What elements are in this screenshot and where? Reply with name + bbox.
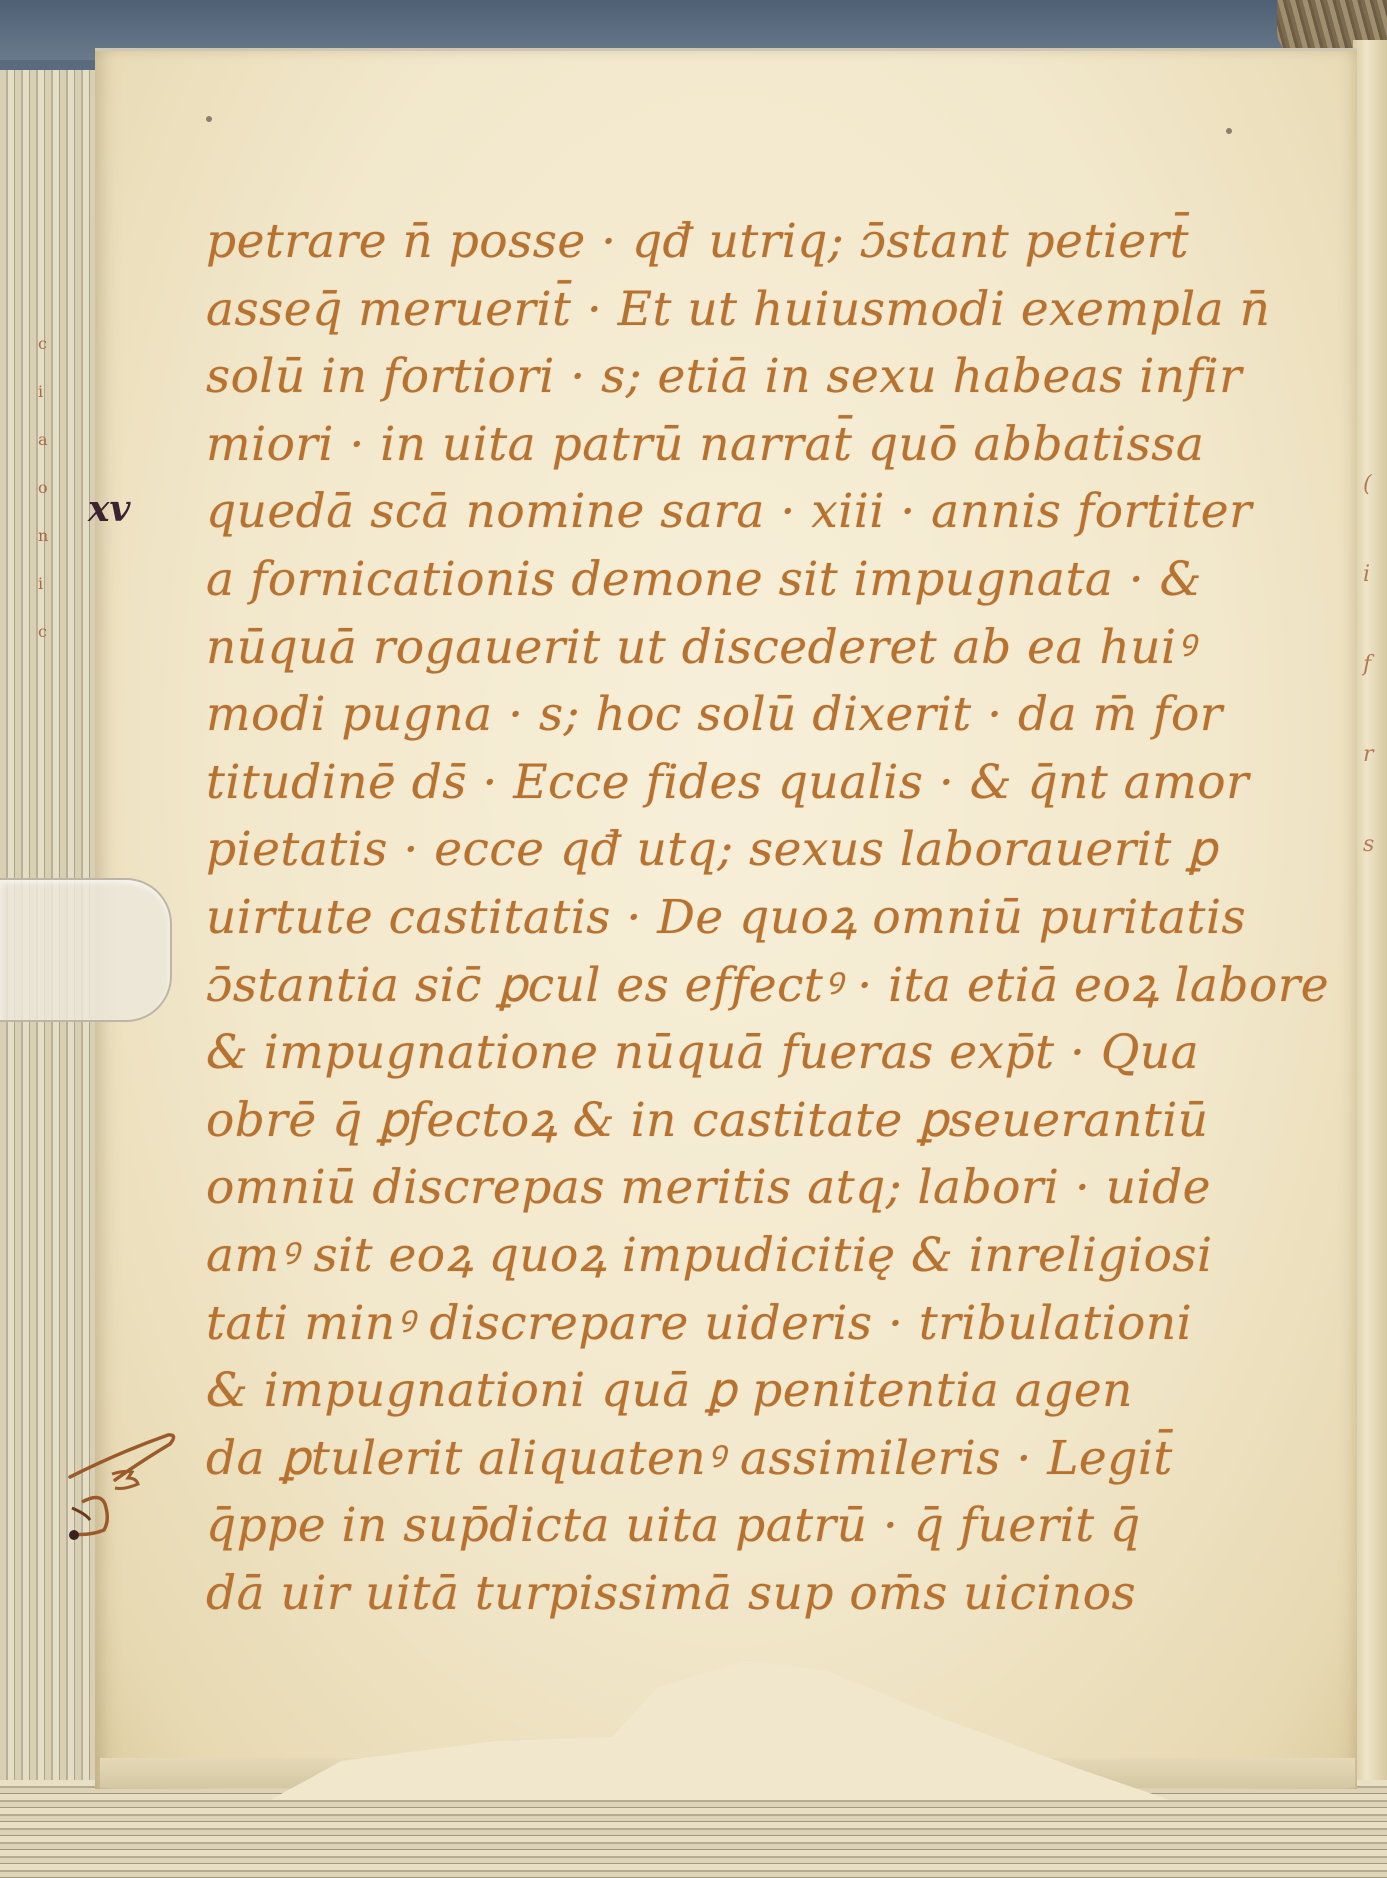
text-line: petrare n̄ posse · qđ utriq; ɔ̄stant pet… (206, 208, 1246, 276)
prick-mark (1226, 128, 1232, 134)
text-line: q̄ppe in sup̄dicta uita patrū · q̄ fueri… (206, 1492, 1246, 1560)
text-line: tati minꝰ discrepare uideris · tribulati… (206, 1290, 1246, 1358)
transparent-bookmark-tab (0, 878, 172, 1022)
rubric-letter: c (38, 608, 52, 656)
left-stack-rubrics: c i a o n i c (38, 320, 52, 656)
text-line: pietatis · ecce qđ utq; sexus laboraueri… (206, 816, 1246, 884)
text-line: & impugnatione nūquā fueras exp̄t · Qua (206, 1019, 1246, 1087)
rubric-letter: c (38, 320, 52, 368)
manuscript-text-block: petrare n̄ posse · qđ utriq; ɔ̄stant pet… (206, 208, 1246, 1627)
text-line: miori · in uita patrū narrat̄ quō abbati… (206, 411, 1246, 479)
text-line: quedā scā nomine sara · xiii · annis for… (206, 478, 1246, 546)
text-line: titudinē ds̄ · Ecce fides qualis · & q̄n… (206, 749, 1246, 817)
text-line: solū in fortiori · s; etiā in sexu habea… (206, 343, 1246, 411)
rubric-letter: o (38, 464, 52, 512)
text-line: dā uir uitā turpissimā sup om̄s uicinos (206, 1560, 1246, 1628)
right-stack-rubrics: ( i f r s (1363, 440, 1383, 890)
right-page-stack (1353, 40, 1387, 1878)
text-line: asseq̄ meruerit̄ · Et ut huiusmodi exemp… (206, 276, 1246, 344)
prick-mark (206, 116, 212, 122)
text-line: nūquā rogauerit ut discederet ab ea huiꝰ (206, 614, 1246, 682)
rubric-letter: ( (1363, 440, 1383, 530)
rubric-letter: i (38, 368, 52, 416)
margin-annotation: xv (88, 488, 130, 530)
rubric-letter: s (1363, 800, 1383, 890)
text-line: a fornicationis demone sit impugnata · & (206, 546, 1246, 614)
rubric-letter: r (1363, 710, 1383, 800)
manicule-pointing-hand-icon (60, 1432, 180, 1542)
text-line: amꝰ sit eoꝝ quoꝝ impudicitię & inreligio… (206, 1222, 1246, 1290)
text-line: omniū discrepas meritis atq; labori · ui… (206, 1154, 1246, 1222)
text-line: modi pugna · s; hoc solū dixerit · da m̄… (206, 681, 1246, 749)
rubric-letter: f (1363, 620, 1383, 710)
text-line: ɔ̄stantia sic̄ ꝑcul es effectꝰ · ita eti… (206, 952, 1246, 1020)
rubric-letter: i (38, 560, 52, 608)
text-line: obrē q̄ ꝑfectoꝝ & in castitate ꝑseuerant… (206, 1087, 1246, 1155)
rubric-letter: a (38, 416, 52, 464)
rubric-letter: i (1363, 530, 1383, 620)
rubric-letter: n (38, 512, 52, 560)
text-line: da ꝑtulerit aliquatenꝰ assimileris · Leg… (206, 1425, 1246, 1493)
text-line: uirtute castitatis · De quoꝝ omniū purit… (206, 884, 1246, 952)
text-line: & impugnationi quā ꝑ penitentia agen (206, 1357, 1246, 1425)
